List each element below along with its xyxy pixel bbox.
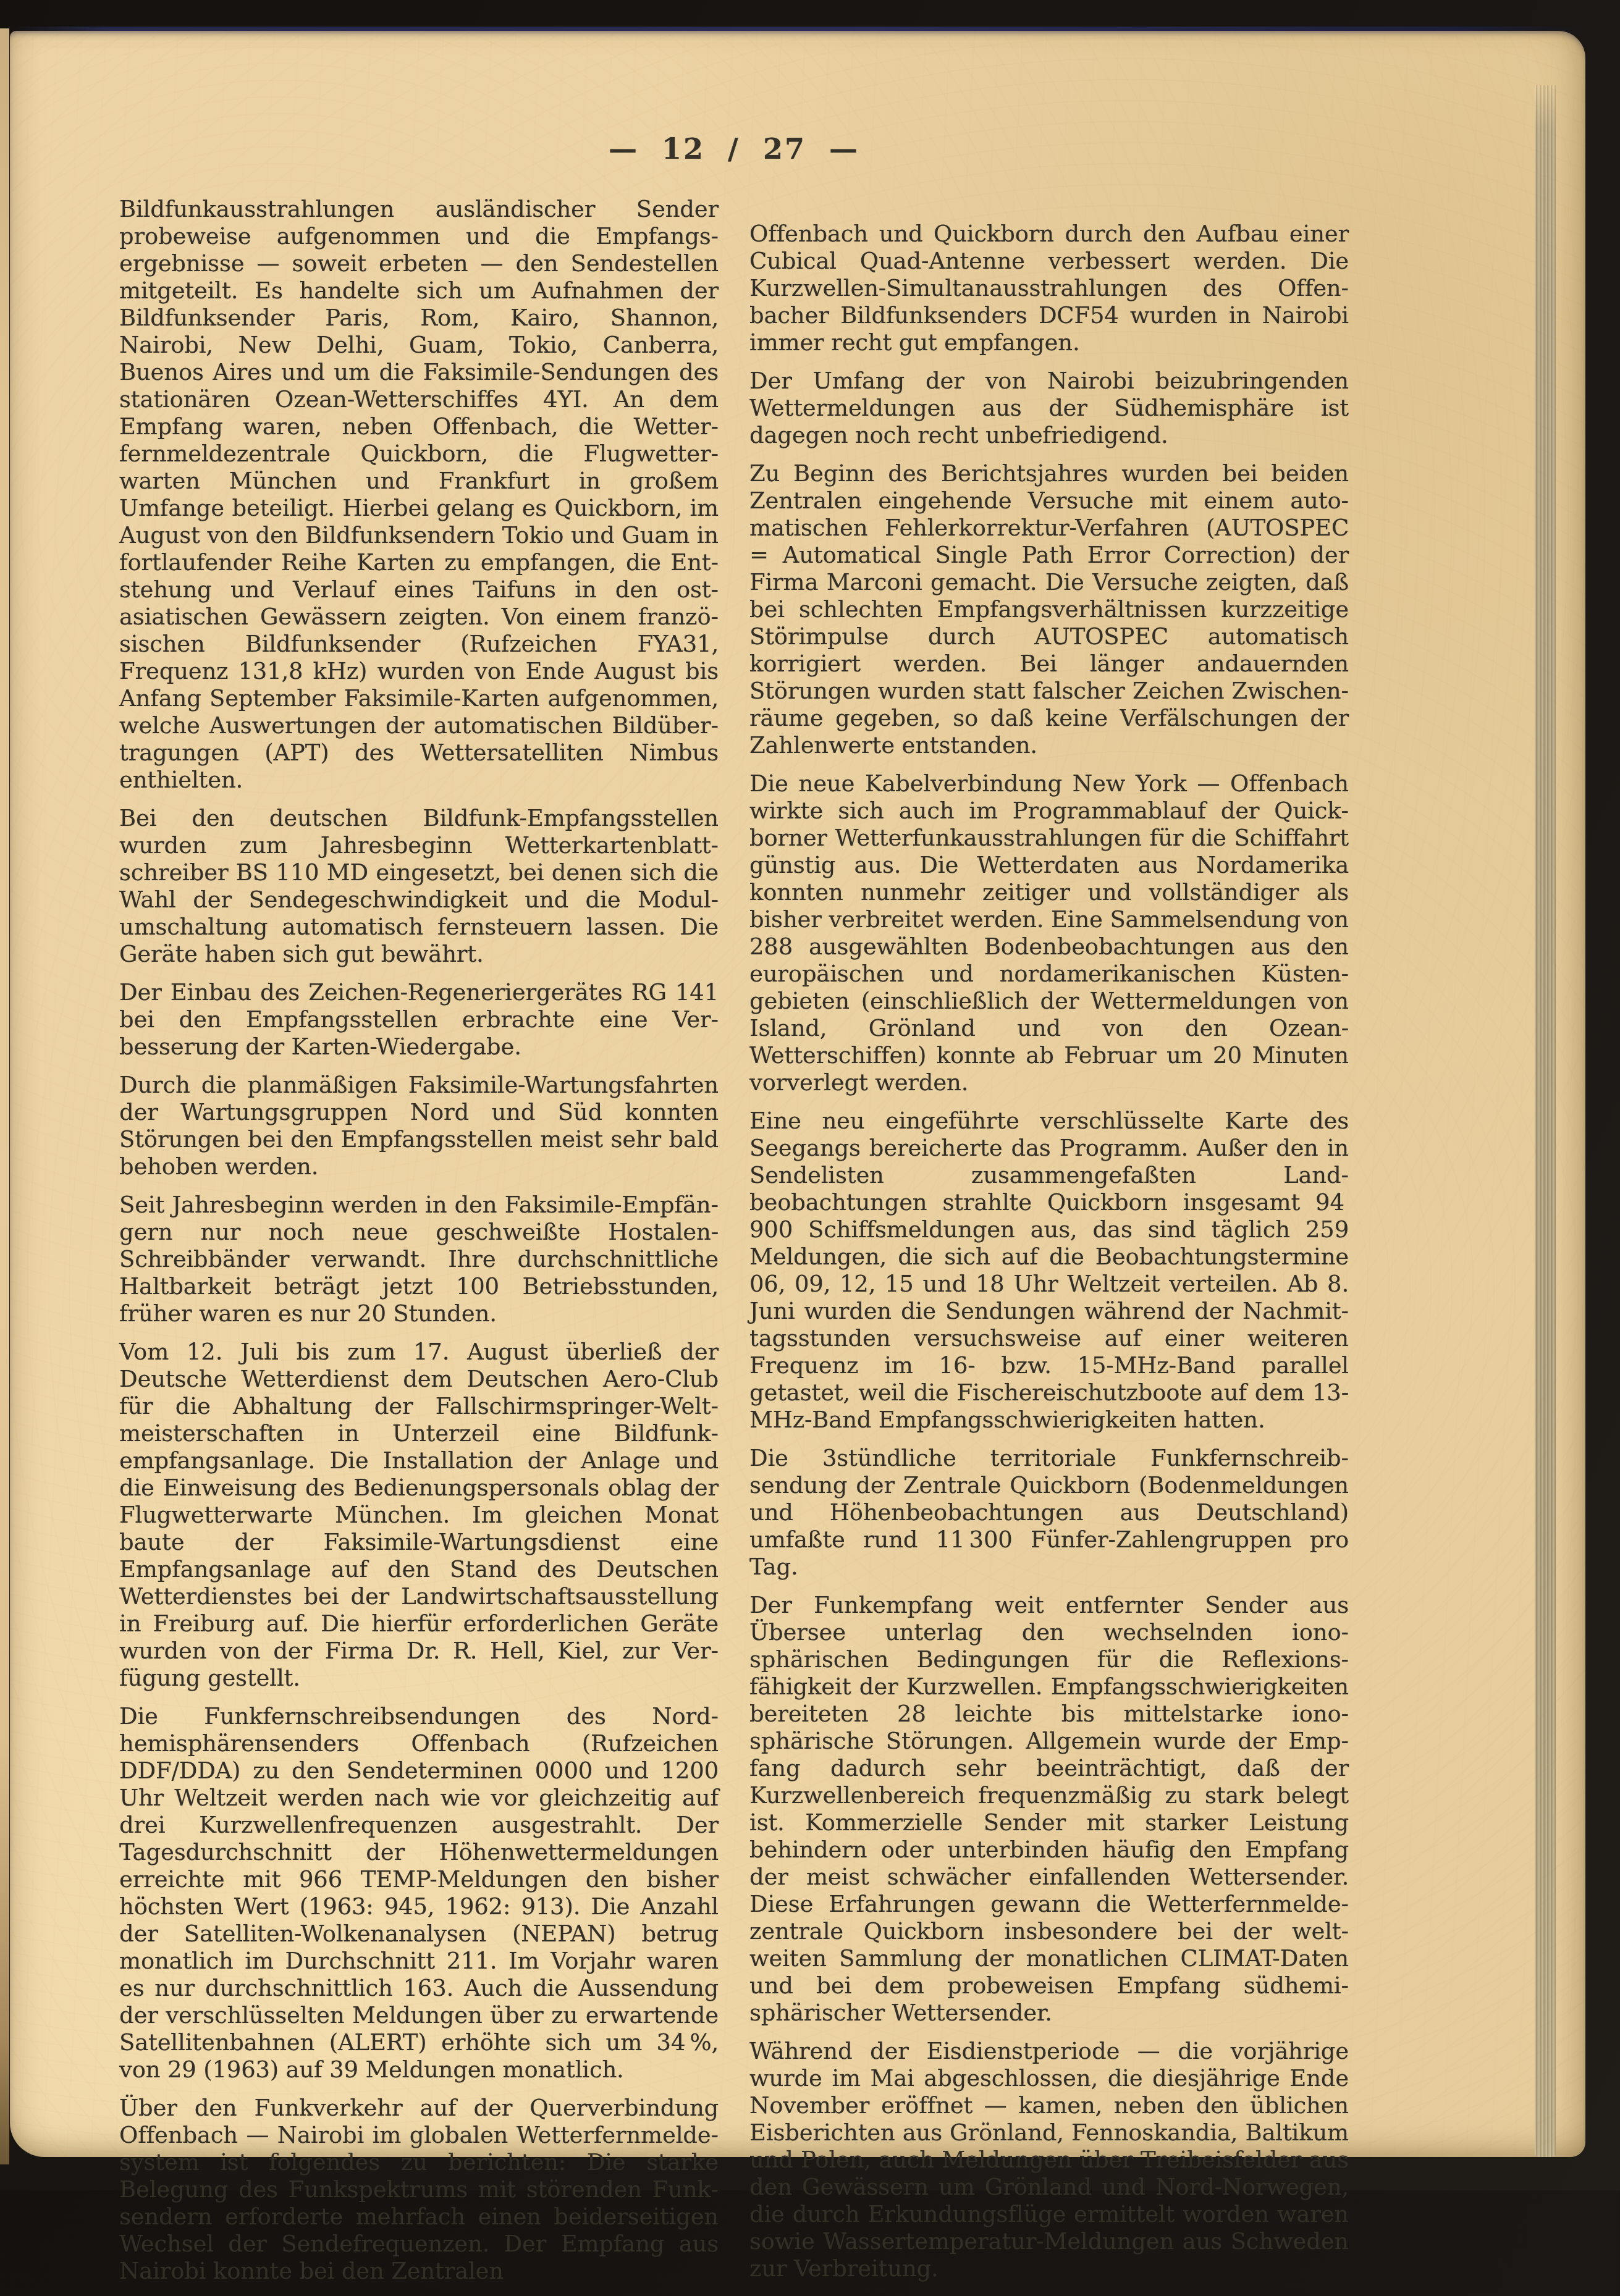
paragraph: Eine neu ein­geführte ver­schlüsselte Ka… [749,1108,1349,1434]
paragraph: Offenbach und Quickborn durch den Aufbau… [749,221,1349,356]
paragraph: Die neue Kabel­verbindung New York — Off… [749,770,1349,1096]
page-stack-left-edge [0,28,9,2164]
paragraph: Der Funk­empfang weit ent­fernter Sender… [749,1592,1349,2027]
page-stack-fore-edge [1535,85,1556,2157]
paragraph: Über den Funkverkehr auf der Quer­verbin… [119,2095,719,2190]
paragraph: Der Umfang der von Nairobi bei­zubringen… [749,368,1349,449]
page-number: — 12 / 27 — [119,135,1349,163]
paragraph: Die Funk­fernschreib­sendungen des Nord­… [119,1703,719,2084]
paragraph: Seit Jahres­beginn werden in den Faksimi… [119,1192,719,1327]
paragraph: Vom 12. Juli bis zum 17. August überließ… [119,1339,719,1692]
paragraph: Zu Beginn des Berichts­jahres wurden bei… [749,460,1349,759]
left-column: Bildfunkaus­strahlungen aus­ländischer S… [119,196,719,2190]
paragraph: Durch die plan­mäßigen Faksimile-Wartung… [119,1072,719,1180]
paragraph: Bildfunkaus­strahlungen aus­ländischer S… [119,196,719,794]
paragraph: Während der Eisdienst­periode — die vor­… [749,2038,1349,2190]
paragraph: Die 3stündliche territoriale Funk­fernsc… [749,1445,1349,1581]
document-page: — 12 / 27 — Bildfunkaus­strahlungen aus­… [10,31,1585,2157]
paragraph: Bei den deutschen Bildfunk-Empfangs­stel… [119,805,719,968]
paragraph: Der Einbau des Zeichen-Regenerier­geräte… [119,979,719,1061]
text-columns: Bildfunkaus­strahlungen aus­ländischer S… [119,196,1349,2190]
book-scan: — 12 / 27 — Bildfunkaus­strahlungen aus­… [0,0,1620,2190]
right-column: Offenbach und Quickborn durch den Aufbau… [749,221,1349,2190]
